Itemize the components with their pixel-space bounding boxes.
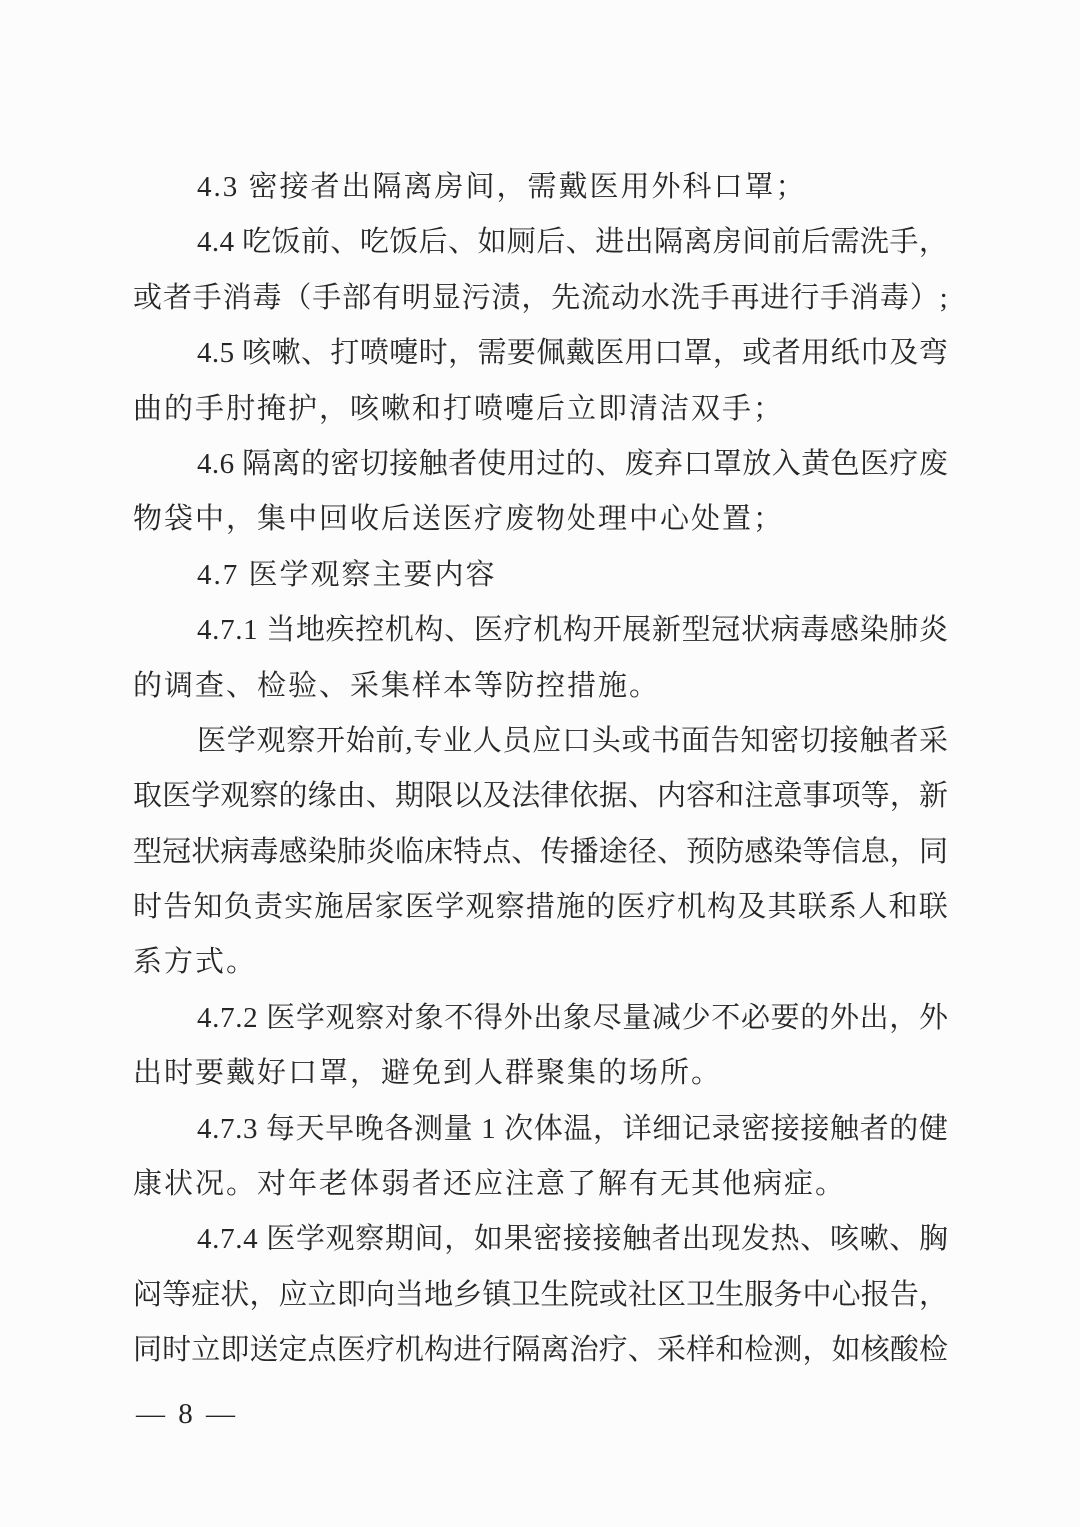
text-line: 曲的手肘掩护，咳嗽和打喷嚏后立即清洁双手； [133, 382, 948, 437]
text-line: 4.7.2 医学观察对象不得外出象尽量减少不必要的外出，外 [133, 991, 948, 1046]
text-line: 4.7.3 每天早晚各测量 1 次体温，详细记录密接接触者的健 [133, 1102, 948, 1157]
document-page: 4.3 密接者出隔离房间，需戴医用外科口罩； 4.4 吃饭前、吃饭后、如厕后、进… [0, 0, 1080, 1527]
text-line: 4.7.1 当地疾控机构、医疗机构开展新型冠状病毒感染肺炎 [133, 603, 948, 658]
text-line: 4.6 隔离的密切接触者使用过的、废弃口罩放入黄色医疗废 [133, 437, 948, 492]
text-line: 系方式。 [133, 935, 948, 990]
text-line: 4.5 咳嗽、打喷嚏时，需要佩戴医用口罩，或者用纸巾及弯 [133, 326, 948, 381]
text-line: 物袋中，集中回收后送医疗废物处理中心处置； [133, 492, 948, 547]
text-line: 4.7.4 医学观察期间，如果密接接触者出现发热、咳嗽、胸 [133, 1212, 948, 1267]
text-line: 4.4 吃饭前、吃饭后、如厕后、进出隔离房间前后需洗手， [133, 215, 948, 270]
text-line: 4.3 密接者出隔离房间，需戴医用外科口罩； [133, 160, 948, 215]
text-line: 出时要戴好口罩，避免到人群聚集的场所。 [133, 1046, 948, 1101]
page-number: — 8 — [136, 1392, 238, 1437]
text-line: 或者手消毒（手部有明显污渍，先流动水洗手再进行手消毒）; [133, 271, 948, 326]
text-line: 时告知负责实施居家医学观察措施的医疗机构及其联系人和联 [133, 880, 948, 935]
document-body-text: 4.3 密接者出隔离房间，需戴医用外科口罩； 4.4 吃饭前、吃饭后、如厕后、进… [133, 160, 948, 1379]
text-line: 闷等症状，应立即向当地乡镇卫生院或社区卫生服务中心报告， [133, 1268, 948, 1323]
text-line: 同时立即送定点医疗机构进行隔离治疗、采样和检测，如核酸检 [133, 1323, 948, 1378]
text-line: 4.7 医学观察主要内容 [133, 548, 948, 603]
text-line: 取医学观察的缘由、期限以及法律依据、内容和注意事项等，新 [133, 769, 948, 824]
text-line: 医学观察开始前,专业人员应口头或书面告知密切接触者采 [133, 714, 948, 769]
text-line: 型冠状病毒感染肺炎临床特点、传播途径、预防感染等信息，同 [133, 825, 948, 880]
text-line: 的调查、检验、采集样本等防控措施。 [133, 659, 948, 714]
text-line: 康状况。对年老体弱者还应注意了解有无其他病症。 [133, 1157, 948, 1212]
